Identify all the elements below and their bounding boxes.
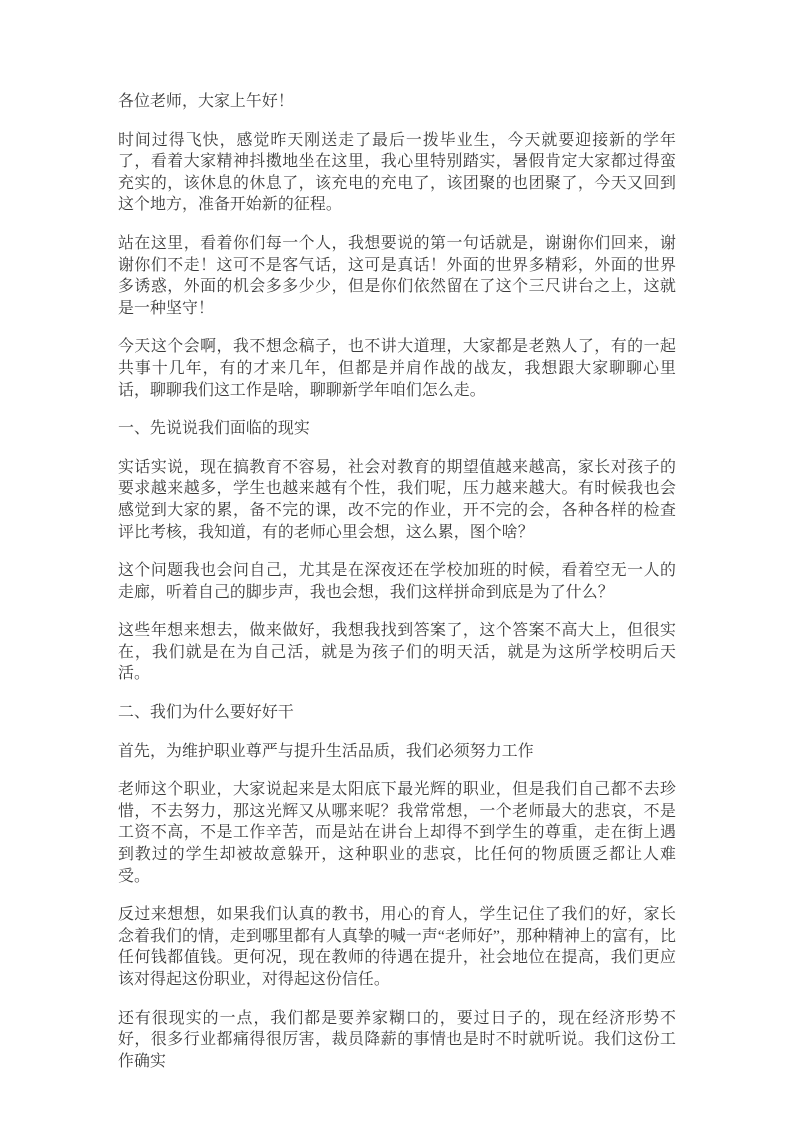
paragraph: 今天这个会啊，我不想念稿子，也不讲大道理，大家都是老熟人了，有的一起共事十几年，… bbox=[118, 336, 676, 401]
paragraph: 时间过得飞快，感觉昨天刚送走了最后一拨毕业生，今天就要迎接新的学年了，看着大家精… bbox=[118, 130, 676, 216]
section-heading-1: 一、先说说我们面临的现实 bbox=[118, 418, 676, 440]
greeting-line: 各位老师，大家上午好！ bbox=[118, 91, 676, 113]
section-heading-2: 二、我们为什么要好好干 bbox=[118, 702, 676, 724]
paragraph: 老师这个职业，大家说起来是太阳底下最光辉的职业，但是我们自己都不去珍惜，不去努力… bbox=[118, 779, 676, 887]
paragraph: 这些年想来想去，做来做好，我想我找到答案了，这个答案不高大上，但很实在，我们就是… bbox=[118, 620, 676, 685]
paragraph: 这个问题我也会问自己，尤其是在深夜还在学校加班的时候，看着空无一人的走廊，听着自… bbox=[118, 560, 676, 603]
paragraph: 站在这里，看着你们每一个人，我想要说的第一句话就是，谢谢你们回来，谢谢你们不走！… bbox=[118, 233, 676, 319]
paragraph: 首先，为维护职业尊严与提升生活品质，我们必须努力工作 bbox=[118, 741, 676, 763]
paragraph: 还有很现实的一点，我们都是要养家糊口的，要过日子的，现在经济形势不好，很多行业都… bbox=[118, 1008, 676, 1073]
paragraph: 实话实说，现在搞教育不容易，社会对教育的期望值越来越高，家长对孩子的要求越来越多… bbox=[118, 457, 676, 543]
paragraph: 反过来想想，如果我们认真的教书，用心的育人，学生记住了我们的好，家长念着我们的情… bbox=[118, 904, 676, 990]
document-page: 各位老师，大家上午好！ 时间过得飞快，感觉昨天刚送走了最后一拨毕业生，今天就要迎… bbox=[0, 0, 793, 1122]
